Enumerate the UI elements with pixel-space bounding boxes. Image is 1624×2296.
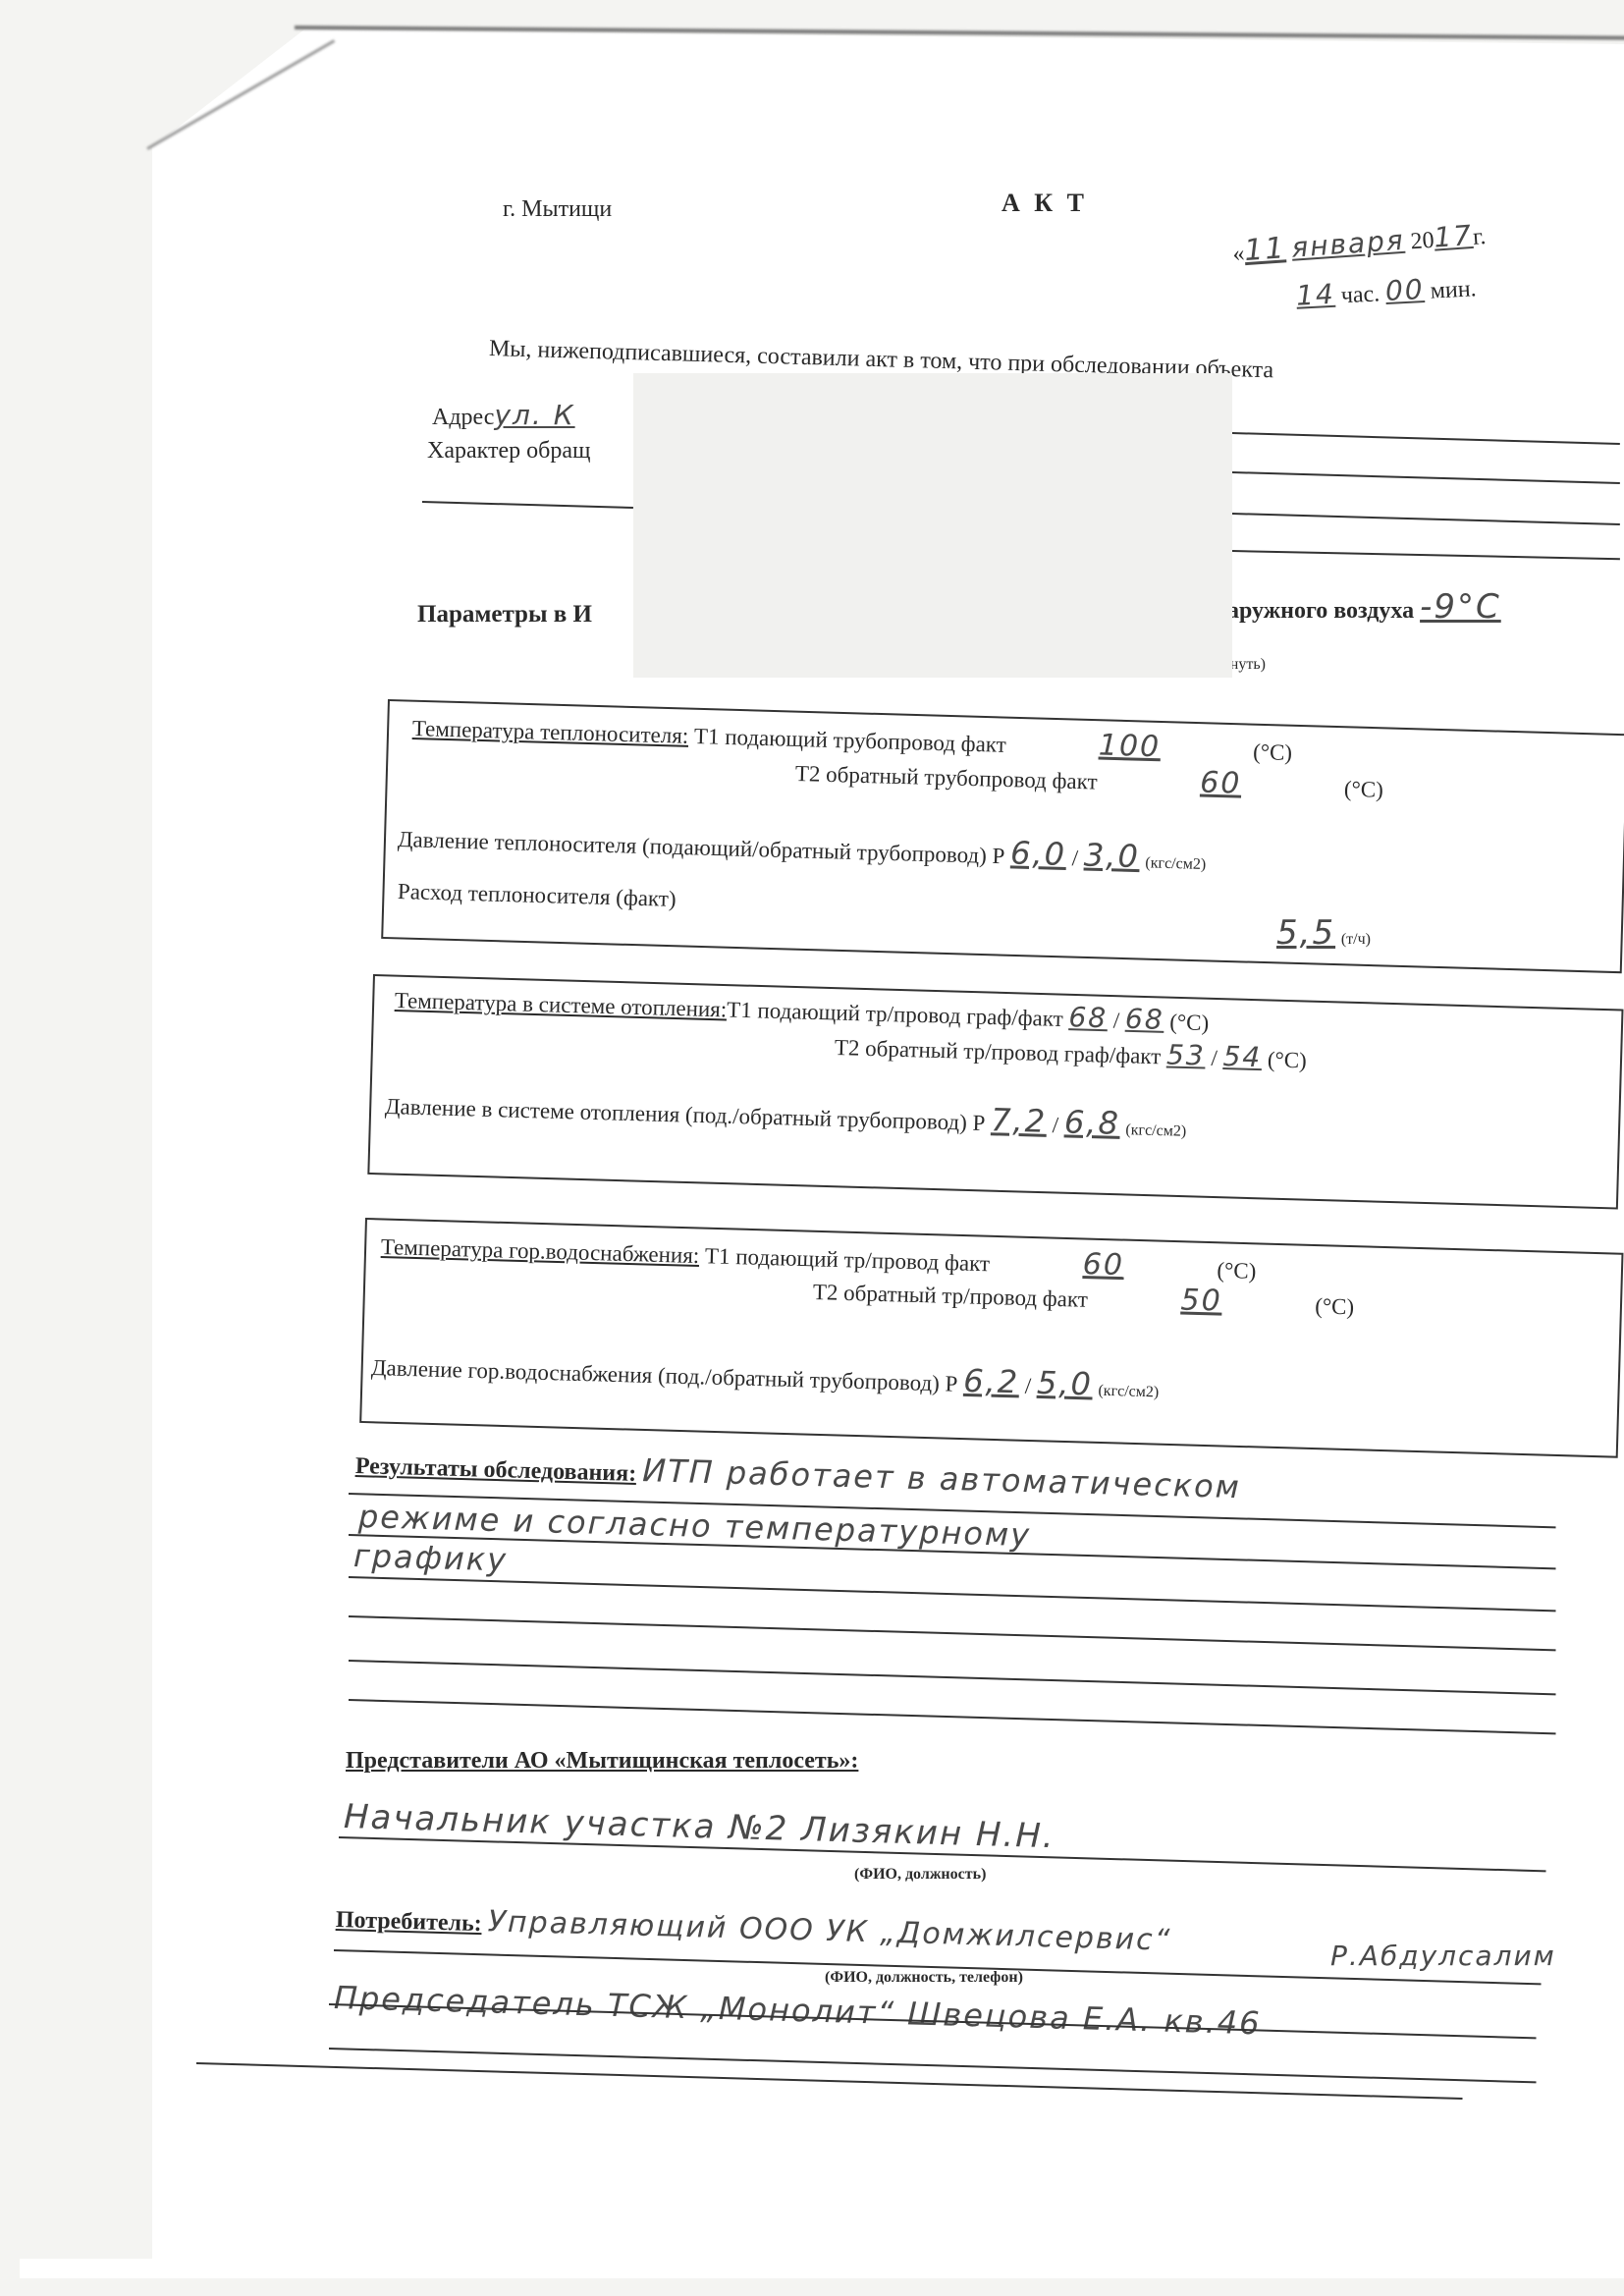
act-title: А К Т: [1001, 189, 1088, 218]
coolant-t2-value: 60: [1103, 763, 1339, 804]
hot-water-pressure-supply: 6,2: [963, 1362, 1020, 1401]
hot-water-t2-value: 50: [1093, 1281, 1310, 1321]
reps-label: Представители АО «Мытищинская теплосеть»…: [346, 1748, 858, 1775]
date-year: 17: [1433, 219, 1474, 254]
results-label: Результаты обследования:: [355, 1453, 637, 1487]
heating-t1-fact: 68: [1125, 1003, 1165, 1036]
coolant-pressure-supply: 6,0: [1010, 834, 1067, 873]
redacted-area: [633, 373, 1232, 678]
hot-water-title: Температура гор.водоснабжения:: [381, 1234, 700, 1268]
heating-t2-graph: 53: [1166, 1038, 1207, 1071]
coolant-flow-row: 5,5 (т/ч): [1276, 913, 1371, 953]
consumer-label: Потребитель:: [336, 1907, 483, 1937]
params-label: Параметры в И: [417, 601, 592, 629]
outdoor-label: аружного воздуха -9°С: [1227, 587, 1501, 627]
outdoor-temp: -9°С: [1420, 587, 1501, 627]
character-label: Характер обращ: [427, 438, 590, 465]
time-hours: 14: [1295, 278, 1335, 312]
coolant-pressure-return: 3,0: [1083, 837, 1140, 876]
address-label: Адресул. К: [432, 399, 575, 431]
consumer-caption: (ФИО, должность, телефон): [825, 1969, 1023, 1987]
hot-water-pressure-return: 5,0: [1037, 1364, 1094, 1403]
coolant-title: Температура теплоносителя:: [412, 716, 689, 748]
results-line-3: графику: [352, 1537, 508, 1578]
time-minutes: 00: [1384, 273, 1425, 307]
city: г. Мытищи: [503, 196, 612, 223]
reps-caption: (ФИО, должность): [854, 1866, 986, 1884]
coolant-flow-value: 5,5: [1276, 913, 1335, 953]
address-value: ул. К: [494, 399, 574, 431]
heating-t2-fact: 54: [1222, 1040, 1263, 1073]
date-day: 11: [1243, 231, 1287, 268]
heating-t1-graph: 68: [1068, 1001, 1109, 1034]
date-month: января: [1290, 224, 1405, 264]
heating-pressure-supply: 7,2: [991, 1101, 1048, 1140]
heating-pressure-return: 6,8: [1063, 1103, 1120, 1142]
consumer-signature: Р.Абдулсалим: [1330, 1940, 1556, 1972]
